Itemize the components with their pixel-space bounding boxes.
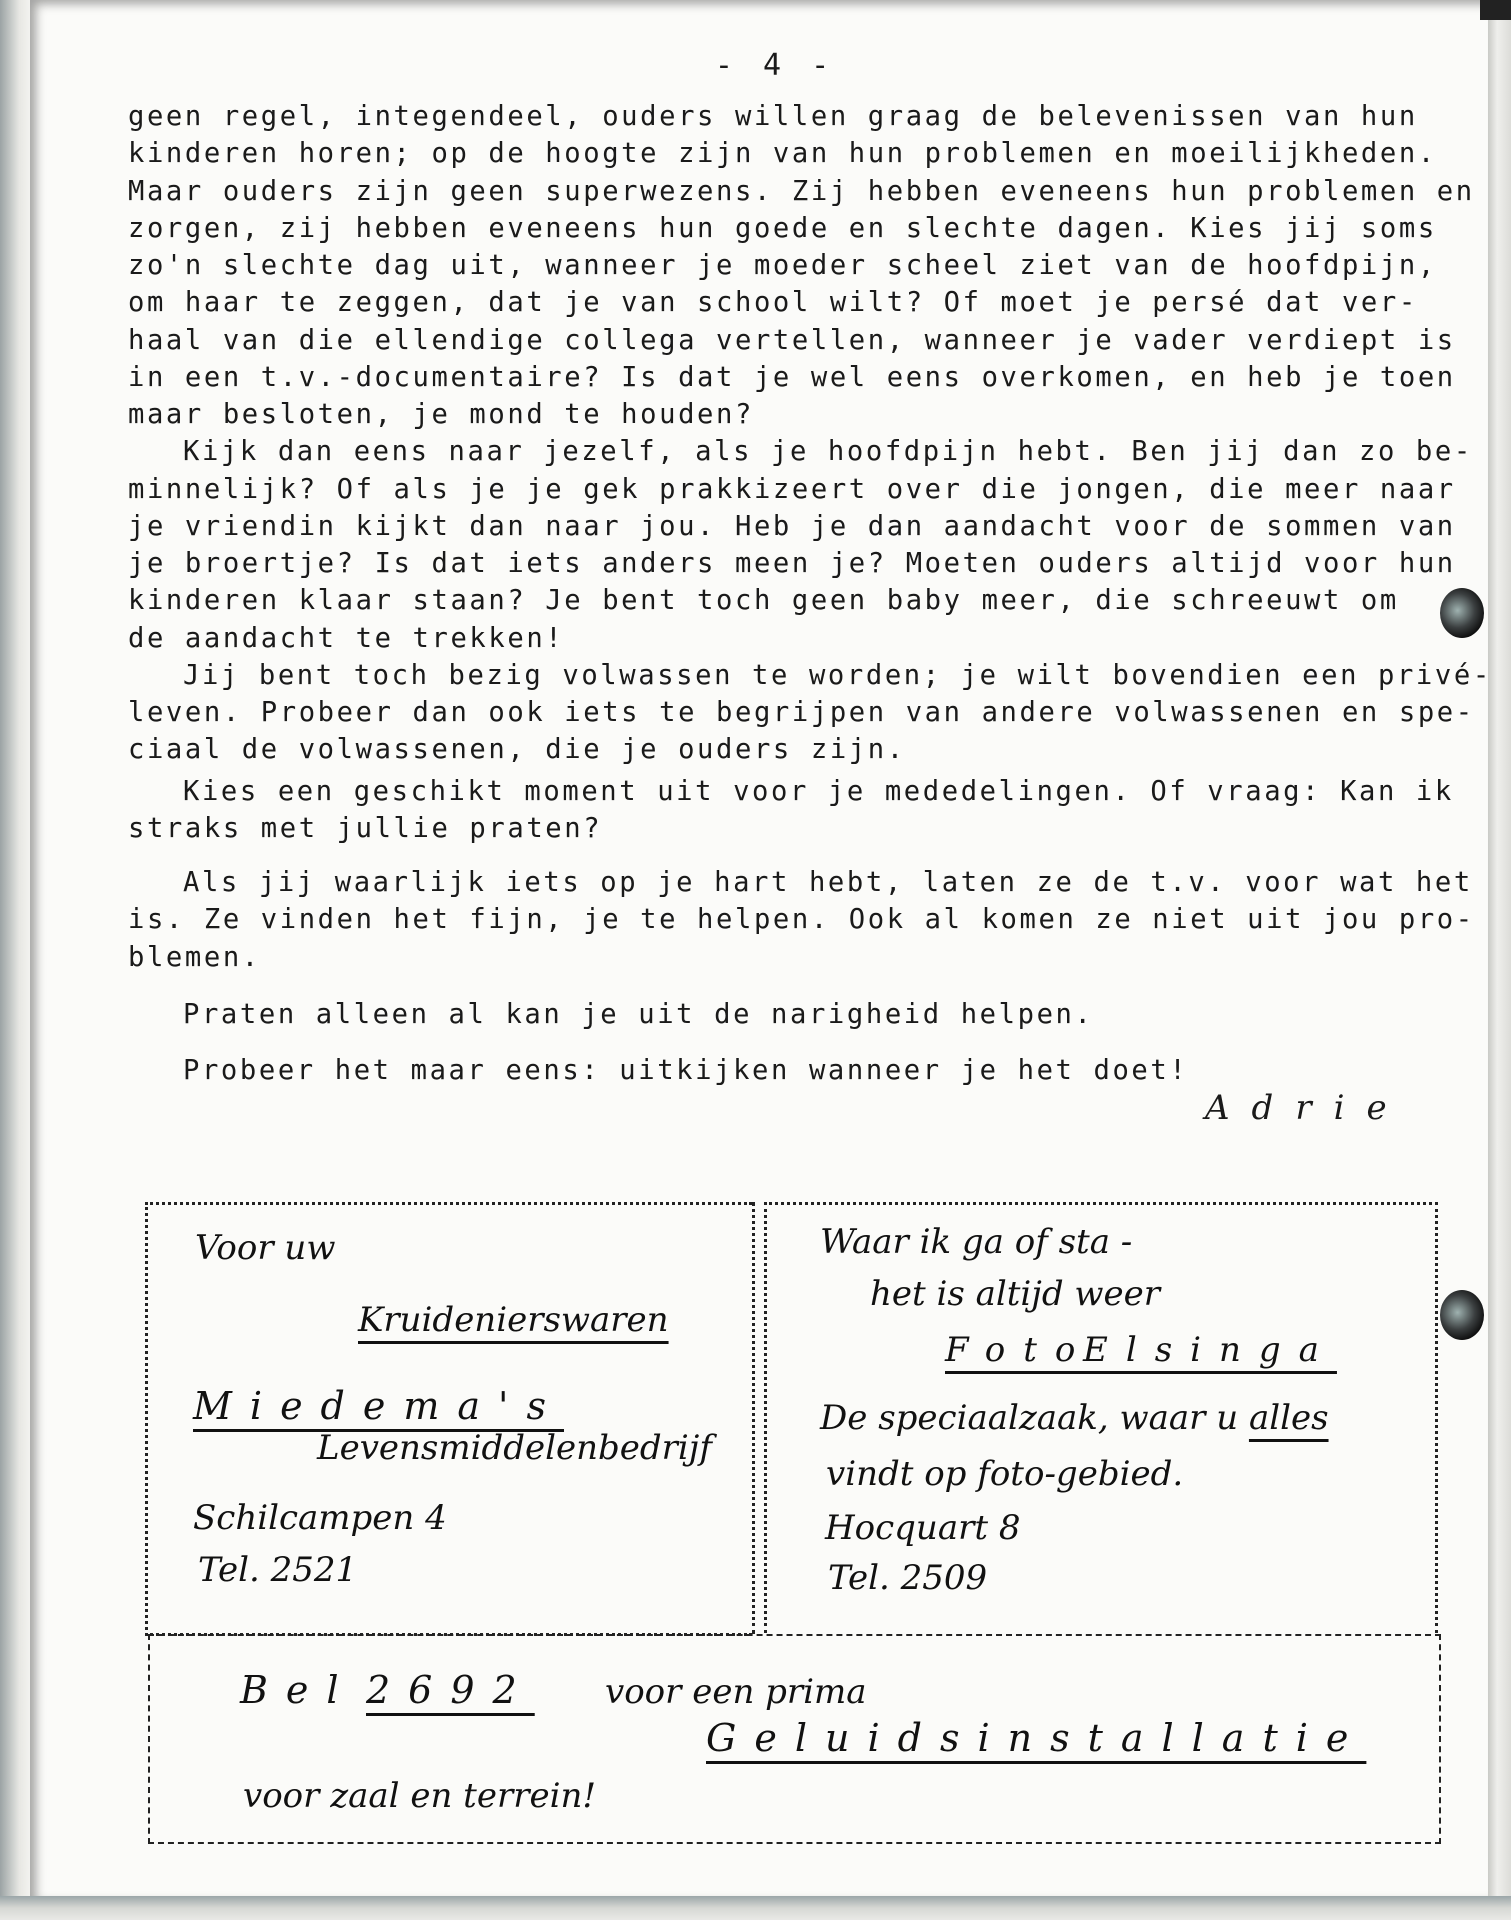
- ad-geluid-product: Geluidsinstallatie: [706, 1716, 1366, 1760]
- body-line: Maar ouders zijn geen superwezens. Zij h…: [128, 173, 1475, 210]
- binder-clip: [1480, 0, 1511, 20]
- body-line: geen regel, integendeel, ouders willen g…: [128, 98, 1418, 135]
- body-line: in een t.v.-documentaire? Is dat je wel …: [128, 359, 1456, 396]
- ad-miedema-subtitle: Levensmiddelenbedrijf: [317, 1428, 712, 1468]
- ad-miedema-name: Miedema's: [193, 1384, 564, 1428]
- author-signature: Adrie: [1205, 1088, 1409, 1128]
- ad-elsinga-phone: Tel. 2509: [828, 1558, 987, 1598]
- body-line: straks met jullie praten?: [128, 810, 602, 847]
- ad-miedema-intro: Voor uw: [195, 1228, 335, 1268]
- ad-elsinga-name-1: Foto: [945, 1330, 1093, 1370]
- body-line: blemen.: [128, 939, 261, 976]
- body-line: haal van die ellendige collega vertellen…: [128, 322, 1456, 359]
- page-number: - 4 -: [700, 48, 850, 83]
- ad-elsinga-desc1: De speciaalzaak, waar u alles: [820, 1398, 1329, 1438]
- body-line: zorgen, zij hebben eveneens hun goede en…: [128, 210, 1437, 247]
- body-line: Kies een geschikt moment uit voor je med…: [183, 773, 1454, 810]
- body-line: Als jij waarlijk iets op je hart hebt, l…: [183, 864, 1473, 901]
- body-line: leven. Probeer dan ook iets te begrijpen…: [128, 694, 1475, 731]
- body-line: minnelijk? Of als je je gek prakkizeert …: [128, 471, 1456, 508]
- page-bottom-edge: [0, 1896, 1511, 1920]
- ad-geluid-bel: Bel: [240, 1668, 357, 1712]
- body-line: Kijk dan eens naar jezelf, als je hoofdp…: [183, 433, 1473, 470]
- ad-elsinga-line2: het is altijd weer: [870, 1274, 1160, 1314]
- punch-hole-icon: [1440, 1290, 1484, 1340]
- ad-elsinga-name-2: Elsinga: [1083, 1330, 1337, 1370]
- body-line: ciaal de volwassenen, die je ouders zijn…: [128, 731, 906, 768]
- body-line: om haar te zeggen, dat je van school wil…: [128, 284, 1418, 321]
- ad-elsinga-desc1-text: De speciaalzaak, waar u: [820, 1398, 1249, 1438]
- ad-miedema-phone: Tel. 2521: [198, 1550, 357, 1590]
- ad-divider: [752, 1202, 755, 1634]
- ad-elsinga-desc1-emph: alles: [1249, 1398, 1329, 1438]
- page-left-edge: [0, 0, 32, 1920]
- body-line: maar besloten, je mond te houden?: [128, 396, 754, 433]
- body-line: je vriendin kijkt dan naar jou. Heb je d…: [128, 508, 1456, 545]
- body-line: zo'n slechte dag uit, wanneer je moeder …: [128, 247, 1437, 284]
- ad-geluid-number: 2692: [366, 1668, 535, 1712]
- punch-hole-icon: [1440, 588, 1484, 638]
- ad-geluid-closing: voor zaal en terrein!: [243, 1776, 596, 1816]
- ad-miedema-product: Kruidenierswaren: [358, 1300, 669, 1340]
- body-line: de aandacht te trekken!: [128, 620, 564, 657]
- body-line: kinderen klaar staan? Je bent toch geen …: [128, 582, 1399, 619]
- body-line: Probeer het maar eens: uitkijken wanneer…: [183, 1052, 1188, 1089]
- ad-elsinga-desc2: vindt op foto-gebied.: [826, 1454, 1183, 1494]
- ad-elsinga-line1: Waar ik ga of sta -: [820, 1222, 1132, 1262]
- body-line: Praten alleen al kan je uit de narigheid…: [183, 996, 1093, 1033]
- body-line: kinderen horen; op de hoogte zijn van hu…: [128, 135, 1437, 172]
- ad-miedema-address: Schilcampen 4: [193, 1498, 447, 1538]
- body-line: Jij bent toch bezig volwassen te worden;…: [183, 657, 1492, 694]
- body-line: is. Ze vinden het fijn, je te helpen. Oo…: [128, 901, 1475, 938]
- ad-elsinga-address: Hocquart 8: [825, 1508, 1020, 1548]
- ad-geluid-tagline: voor een prima: [605, 1672, 867, 1712]
- page-right-edge: [1488, 0, 1511, 1920]
- body-line: je broertje? Is dat iets anders meen je?…: [128, 545, 1456, 582]
